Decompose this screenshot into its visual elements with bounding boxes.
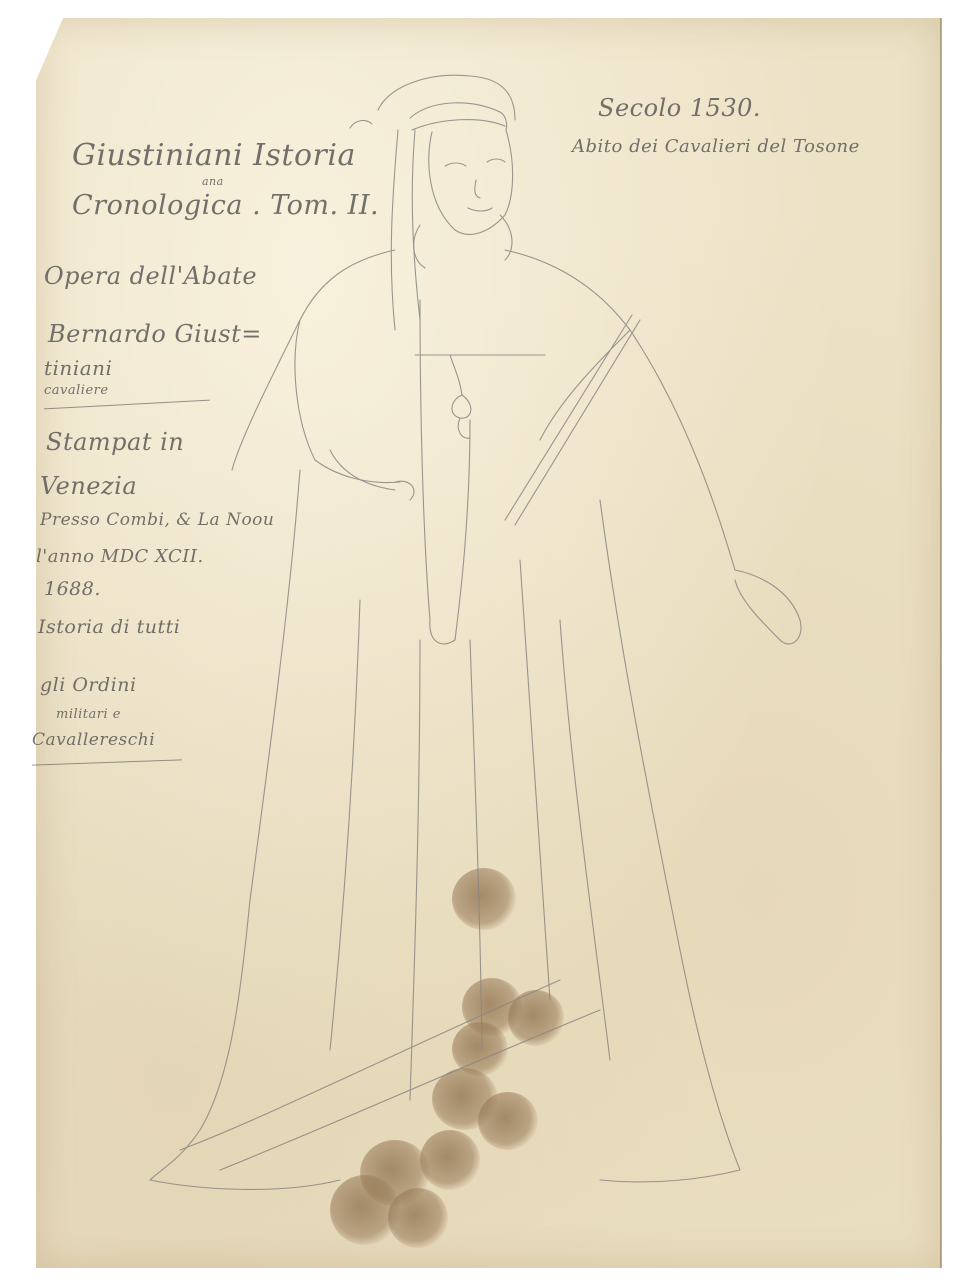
annotation-period: Secolo 1530. [598,96,761,121]
annotation-author-1: Bernardo Giust= [48,322,262,347]
annotation-year: 1688. [44,580,101,600]
annotation-printer: Presso Combi, & La Noou [40,512,274,530]
annotation-year-roman: l'anno MDC XCII. [36,548,204,567]
annotation-title-insert: ana [202,176,224,188]
annotation-city: Venezia [40,474,137,499]
annotation-costume-title: Abito dei Cavalieri del Tosone [572,138,860,157]
annotation-history-4: Cavallereschi [32,732,155,750]
annotation-history-2: gli Ordini [40,676,137,696]
annotation-book-title-1: Giustiniani Istoria [72,140,356,172]
annotation-author-3: cavaliere [44,384,109,398]
annotation-printed-in: Stampat in [46,430,184,455]
annotation-opera: Opera dell'Abate [44,264,257,289]
annotation-history-1: Istoria di tutti [38,618,180,638]
annotation-history-3: militari e [56,708,121,722]
annotation-book-title-2: Cronologica . Tom. II. [72,192,379,220]
annotation-author-2: tiniani [44,358,112,379]
